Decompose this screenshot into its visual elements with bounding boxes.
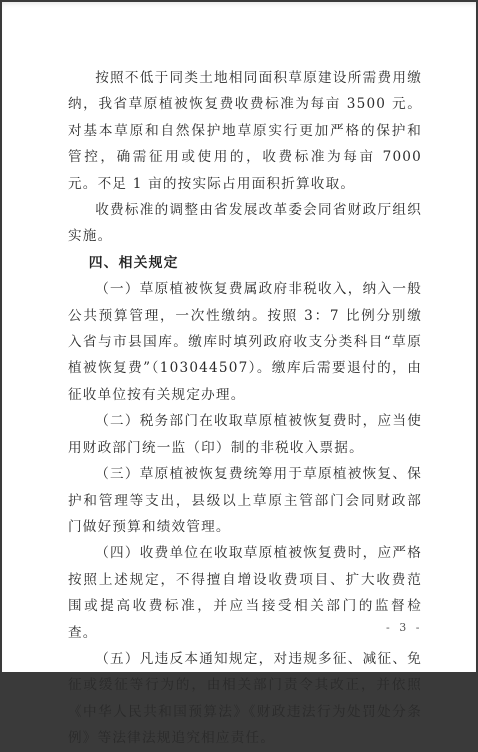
provision-5: （五）凡违反本通知规定，对违规多征、减征、免征或缓征等行为的，由相关部门责令其改… [68, 646, 422, 674]
provision-3: （三）草原植被恢复费统筹用于草原植被恢复、保护和管理等支出，县级以上草原主管部门… [68, 461, 422, 540]
provision-2: （二）税务部门在收取草原植被恢复费时，应当使用财政部门统一监（印）制的非税收入票… [68, 408, 422, 461]
section-heading: 四、相关规定 [68, 250, 422, 276]
provision-4: （四）收费单位在收取草原植被恢复费时，应严格按照上述规定，不得擅自增设收费项目、… [68, 540, 422, 646]
document-page: 按照不低于同类土地相同面积草原建设所需费用缴纳，我省草原植被恢复费收费标准为每亩… [2, 2, 476, 672]
paragraph-fee-adjustment: 收费标准的调整由省发展改革委会同省财政厅组织实施。 [68, 197, 422, 250]
paragraph-fee-standard: 按照不低于同类土地相同面积草原建设所需费用缴纳，我省草原植被恢复费收费标准为每亩… [68, 65, 422, 197]
document-body: 按照不低于同类土地相同面积草原建设所需费用缴纳，我省草原植被恢复费收费标准为每亩… [68, 65, 422, 674]
provision-1: （一）草原植被恢复费属政府非税收入，纳入一般公共预算管理，一次性缴纳。按照 3：… [68, 276, 422, 408]
page-number: - 3 - [386, 621, 422, 634]
